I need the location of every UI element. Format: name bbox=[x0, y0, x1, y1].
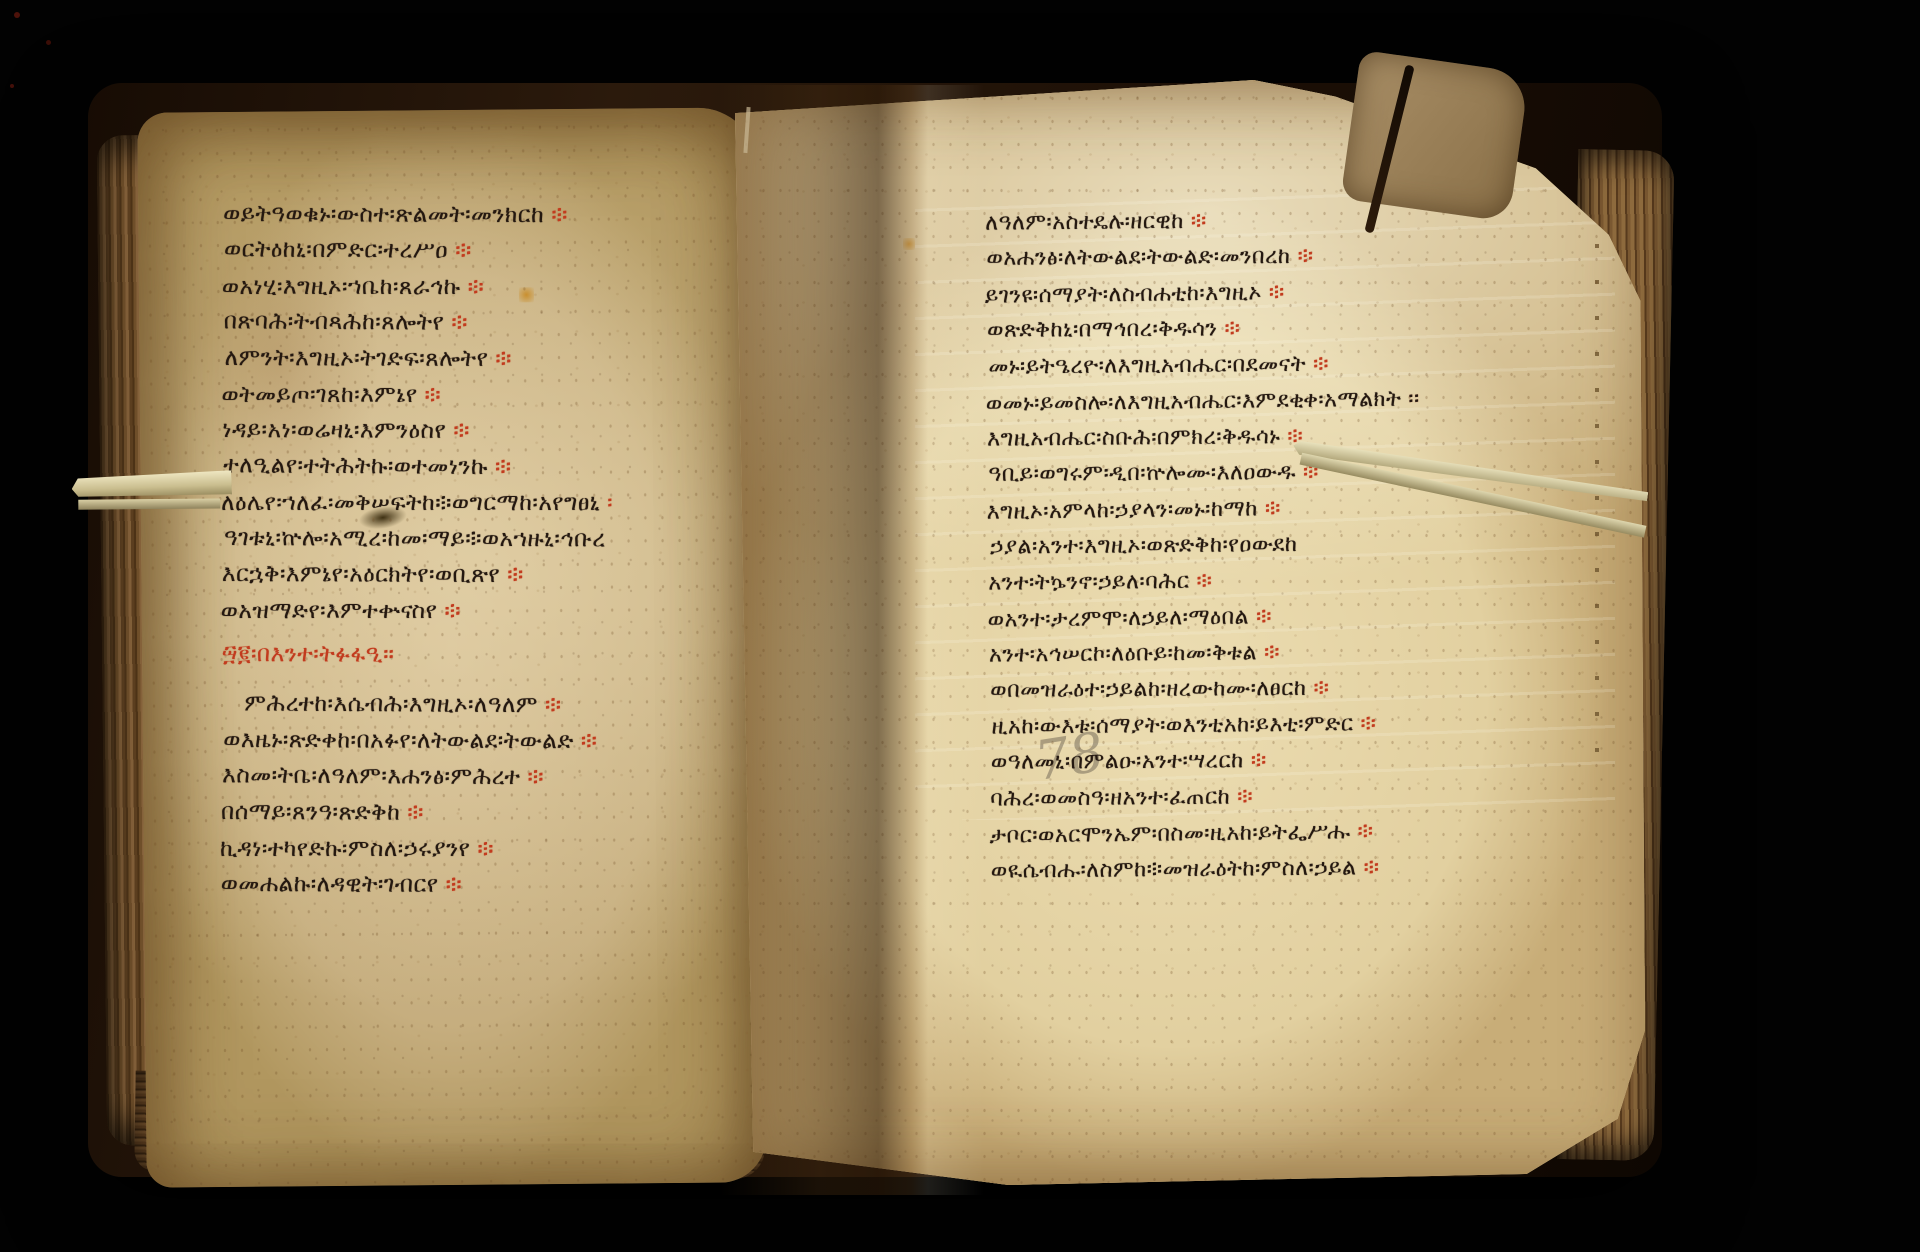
line-text: ባሕረ፡ወመስዓ፡ዘአንተ፡ፈጠርከ bbox=[990, 785, 1230, 812]
caesura-mark: ፨ bbox=[1313, 676, 1329, 701]
caesura-mark: ፨ bbox=[1196, 569, 1212, 594]
manuscript-line: ወጽድቅከኒ፡በማኅበረ፡ቅዱሳን፨ bbox=[987, 309, 1602, 349]
caesura-mark: ፨ bbox=[551, 202, 568, 228]
line-text: በሰማይ፡ጸንዓ፡ጽድቅከ bbox=[221, 799, 400, 826]
caesura-mark: ፨ bbox=[495, 346, 512, 372]
caesura-mark: ፨ bbox=[1224, 316, 1240, 341]
line-text: እግዚአብሔር፡ስቡሕ፡በምክረ፡ቅዱሳኑ bbox=[987, 424, 1281, 452]
line-text: ወአነሂ፡እግዚኦ፡ኀቤከ፡ጸራኅኩ bbox=[222, 274, 461, 300]
line-text: ወእዜኑ፡ጽድቀከ፡በአፉየ፡ለትውልደ፡ትውልድ bbox=[223, 727, 574, 754]
caesura-mark: ፨ bbox=[527, 764, 544, 790]
caesura-mark: ፨ bbox=[1256, 604, 1272, 629]
line-text: ወዪሴብሑ፡ለስምከ፨መዝራዕትከ፡ምስለ፡ኃይል bbox=[991, 855, 1357, 883]
manuscript-line: እርኋቅ፡እምኔየ፡አዕርክትየ፡ወቢጽየ፨ bbox=[222, 556, 767, 594]
manuscript-line: ወይትዓወቁኑ፡ውስተ፡ጽልመት፡መንክርከ፨ bbox=[223, 196, 768, 234]
caesura-mark: ፨ bbox=[1363, 855, 1379, 880]
line-text: ታቦር፡ወአርሞንኤም፡በስመ፡ዚአከ፡ይትፌሥሑ bbox=[989, 819, 1350, 848]
manuscript-line: ወአነሂ፡እግዚኦ፡ኀቤከ፡ጸራኅኩ፨ bbox=[222, 269, 767, 305]
manuscript-line: ወርትዕከኒ፡በምድር፡ተረሥዐ፨ bbox=[224, 231, 769, 270]
caesura-mark: ፨ bbox=[468, 274, 485, 300]
dust-speck bbox=[14, 12, 20, 18]
line-text: ኪዳነ፡ተካየድኩ፡ምስለ፡ኃሩያንየ bbox=[220, 836, 470, 862]
caesura-mark: ፨ bbox=[453, 418, 470, 444]
manuscript-line: ተለዒልየ፡ተትሕትኩ፡ወተመነንኩ፨ bbox=[223, 447, 768, 486]
manuscript-line: ነዳይ፡አነ፡ወሬዛኒ፡እምንዕስየ፨ bbox=[222, 412, 767, 450]
line-text: ለዓለም፡አስተዴሉ፡ዘርዊከ bbox=[985, 209, 1184, 236]
manuscript-line: እስመ፡ትቤ፡ለዓለም፡እሐንፅ፡ምሕረተ፨ bbox=[222, 757, 767, 796]
line-text: ወመኑ፡ይመስሎ፡ለእግዚአብሔር፡እምደቂቀ፡አማልክት bbox=[986, 387, 1402, 417]
manuscript-line: ለዓለም፡አስተዴሉ፡ዘርዊከ፨ bbox=[985, 200, 1600, 241]
caesura-mark: ፨ bbox=[451, 310, 468, 336]
manuscript-line: ወአንተ፡ታረምሞ፡ለኃይለ፡ማዕበል፨ bbox=[987, 595, 1602, 639]
line-text: አንተ፡አኅሠርኮ፡ለዕቡይ፡ከመ፡ቅቱል bbox=[989, 640, 1257, 667]
line-text: ወርትዕከኒ፡በምድር፡ተረሥዐ bbox=[224, 236, 448, 263]
line-text: ዚአከ፡ውእቱ፡ሰማያት፡ወእንቲአከ፡ይእቲ፡ምድር bbox=[991, 712, 1353, 740]
line-text: መኑ፡ይትዔረዮ፡ለእግዚአብሔር፡በደመናት bbox=[988, 352, 1306, 380]
straw-strip bbox=[71, 470, 232, 500]
manuscript-line: ወዪሴብሑ፡ለስምከ፨መዝራዕትከ፡ምስለ፡ኃይል፨ bbox=[991, 848, 1606, 889]
line-text: አንተ፡ትኴንኖ፡ኃይለ፡ባሕር bbox=[988, 569, 1189, 596]
manuscript-line: አንተ፡አኅሠርኮ፡ለዕቡይ፡ከመ፡ቅቱል፨ bbox=[989, 632, 1604, 673]
caesura-mark: ፨ bbox=[455, 238, 472, 264]
caesura-mark: ፨ bbox=[1357, 819, 1373, 844]
caesura-mark: ፨ bbox=[425, 382, 442, 408]
line-text: ወትመይጦ፡ገጸከ፡እምኔየ bbox=[222, 382, 418, 408]
manuscript-line: ይገንዩ፡ሰማያት፡ለስብሐቲከ፡እግዚኦ፨ bbox=[985, 271, 1600, 315]
caesura-mark: ፡፡ bbox=[1408, 386, 1420, 411]
manuscript-line: ወበመዝራዕተ፡ኃይልከ፡ዘረውከሙ፡ለፀርከ፨ bbox=[990, 669, 1605, 709]
cover-flap bbox=[1340, 50, 1529, 222]
manuscript-photo: 78 ወይትዓወቁኑ፡ውስተ፡ጽልመት፡መንክርከ፨ወርትዕከኒ፡በምድር፡ተረ… bbox=[0, 0, 1920, 1252]
line-text: ወመሐልኩ፡ለዳዊት፡ገብርየ bbox=[221, 871, 439, 898]
line-text: ይገንዩ፡ሰማያት፡ለስብሐቲከ፡እግዚኦ bbox=[985, 280, 1262, 308]
line-text: በጽባሕ፡ትብጻሕከ፡ጸሎትየ bbox=[224, 308, 445, 335]
rubric-line: ፵፪፡በእንተ፡ትፉፋዒ። bbox=[222, 636, 767, 674]
dust-speck bbox=[46, 40, 51, 45]
caesura-mark: ፨ bbox=[407, 800, 424, 826]
line-text: ኃያል፡አንተ፡እግዚኦ፡ወጽድቅከ፡የዐውደከ bbox=[990, 532, 1298, 560]
manuscript-line: ዚአከ፡ውእቱ፡ሰማያት፡ወእንቲአከ፡ይእቲ፡ምድር፨ bbox=[991, 704, 1606, 745]
straw-strip bbox=[78, 498, 220, 509]
manuscript-line: ለምንት፡እግዚኦ፡ትገድፍ፡ጸሎትየ፨ bbox=[225, 340, 770, 378]
manuscript-line: ምሕረተከ፡እሴብሕ፡እግዚኦ፡ለዓለም፨ bbox=[244, 685, 767, 724]
manuscript-line: ወአዝማድየ፡እምተቍናስየ፨ bbox=[221, 593, 766, 629]
caesura-mark: ፨ bbox=[495, 454, 512, 480]
manuscript-line: ኪዳነ፡ተካየድኩ፡ምስለ፡ኃሩያንየ፨ bbox=[220, 831, 765, 867]
line-text: ለምንት፡እግዚኦ፡ትገድፍ፡ጸሎትየ bbox=[225, 345, 489, 372]
line-text: ፵፪፡በእንተ፡ትፉፋዒ። bbox=[222, 641, 395, 668]
line-text: እስመ፡ትቤ፡ለዓለም፡እሐንፅ፡ምሕረተ bbox=[222, 762, 520, 790]
line-text: ምሕረተከ፡እሴብሕ፡እግዚኦ፡ለዓለም bbox=[244, 690, 538, 718]
line-text: ወአዝማድየ፡እምተቍናስየ bbox=[221, 598, 438, 624]
caesura-mark: ፨ bbox=[1237, 784, 1253, 809]
line-text: ወይትዓወቁኑ፡ውስተ፡ጽልመት፡መንክርከ bbox=[223, 201, 544, 228]
caesura-mark: ፨ bbox=[1297, 244, 1313, 269]
caesura-mark: ፨ bbox=[445, 872, 462, 898]
caesura-mark: ፨ bbox=[581, 728, 598, 754]
line-text: ወበመዝራዕተ፡ኃይልከ፡ዘረውከሙ፡ለፀርከ bbox=[990, 676, 1306, 703]
caesura-mark: ፨ bbox=[1251, 748, 1267, 773]
line-text: ለዕሌየ፡ኀለፈ፡መቅሠፍትከ፨ወግርማከ፡አየግፀኒ bbox=[221, 490, 600, 516]
line-text: ዓገቱኒ፡ኵሎ፡አሚረ፡ከመ፡ማይ፨ወአኀዙኒ፡ኅቡረ bbox=[224, 525, 606, 552]
manuscript-line: በጽባሕ፡ትብጻሕከ፡ጸሎትየ፨ bbox=[224, 303, 769, 342]
caesura-mark: ፨ bbox=[1360, 711, 1376, 736]
manuscript-line: ወመኑ፡ይመስሎ፡ለእግዚአብሔር፡እምደቂቀ፡አማልክት፡፡ bbox=[986, 379, 1601, 423]
manuscript-line: ወዓለመኒ፡በምልዑ፡አንተ፡ሣረርከ፨ bbox=[991, 741, 1606, 781]
caesura-mark: ፨ bbox=[545, 692, 562, 718]
line-text: እግዚኦ፡አምላከ፡ኃያላን፡መኑ፡ከማከ bbox=[987, 496, 1258, 524]
manuscript-line: ወእዜኑ፡ጽድቀከ፡በአፉየ፡ለትውልደ፡ትውልድ፨ bbox=[223, 722, 768, 760]
manuscript-line: ወአሐንፅ፡ለትውልደ፡ትውልድ፡መንበረከ፨ bbox=[986, 237, 1601, 277]
open-book: 78 ወይትዓወቁኑ፡ውስተ፡ጽልመት፡መንክርከ፨ወርትዕከኒ፡በምድር፡ተረ… bbox=[80, 55, 1670, 1195]
caesura-mark: ፨ bbox=[444, 598, 461, 624]
line-text: ዓቢይ፡ወግሩም፡ዲበ፡ኵሎሙ፡እለዐውዱ bbox=[988, 460, 1296, 487]
line-text: ነዳይ፡አነ፡ወሬዛኒ፡እምንዕስየ bbox=[222, 417, 446, 444]
caesura-mark: ፡ bbox=[607, 490, 613, 516]
manuscript-line: ወትመይጦ፡ገጸከ፡እምኔየ፨ bbox=[222, 377, 767, 413]
manuscript-line: ወመሐልኩ፡ለዳዊት፡ገብርየ፨ bbox=[221, 866, 766, 904]
manuscript-line: በሰማይ፡ጸንዓ፡ጽድቅከ፨ bbox=[221, 794, 766, 832]
bookmark-left bbox=[71, 470, 232, 520]
caesura-mark: ፨ bbox=[507, 562, 524, 588]
caesura-mark: ፨ bbox=[1191, 209, 1207, 234]
left-page-text: ወይትዓወቁኑ፡ውስተ፡ጽልመት፡መንክርከ፨ወርትዕከኒ፡በምድር፡ተረሥዐ፨… bbox=[221, 196, 768, 904]
caesura-mark: ፨ bbox=[1313, 352, 1329, 377]
line-text: እርኋቅ፡እምኔየ፡አዕርክትየ፡ወቢጽየ bbox=[222, 561, 500, 588]
line-text: ተለዒልየ፡ተትሕትኩ፡ወተመነንኩ bbox=[223, 452, 488, 480]
line-text: ወጽድቅከኒ፡በማኅበረ፡ቅዱሳን bbox=[987, 316, 1218, 342]
caesura-mark: ፨ bbox=[1269, 280, 1285, 305]
line-text: ወአሐንፅ፡ለትውልደ፡ትውልድ፡መንበረከ bbox=[986, 244, 1290, 271]
line-text: ወዓለመኒ፡በምልዑ፡አንተ፡ሣረርከ bbox=[991, 748, 1244, 775]
caesura-mark: ፨ bbox=[1264, 640, 1280, 665]
manuscript-line: ዓገቱኒ፡ኵሎ፡አሚረ፡ከመ፡ማይ፨ወአኀዙኒ፡ኅቡረ bbox=[224, 520, 769, 558]
yellow-spot bbox=[903, 238, 915, 250]
manuscript-line: ለዕሌየ፡ኀለፈ፡መቅሠፍትከ፨ወግርማከ፡አየግፀኒ፡ bbox=[221, 485, 766, 521]
dust-speck bbox=[10, 84, 14, 88]
manuscript-line: ታቦር፡ወአርሞንኤም፡በስመ፡ዚአከ፡ይትፌሥሑ፨ bbox=[989, 811, 1604, 855]
caesura-mark: ፨ bbox=[477, 836, 494, 862]
caesura-mark: ፨ bbox=[1265, 496, 1281, 521]
line-text: ወአንተ፡ታረምሞ፡ለኃይለ፡ማዕበል bbox=[987, 605, 1249, 633]
